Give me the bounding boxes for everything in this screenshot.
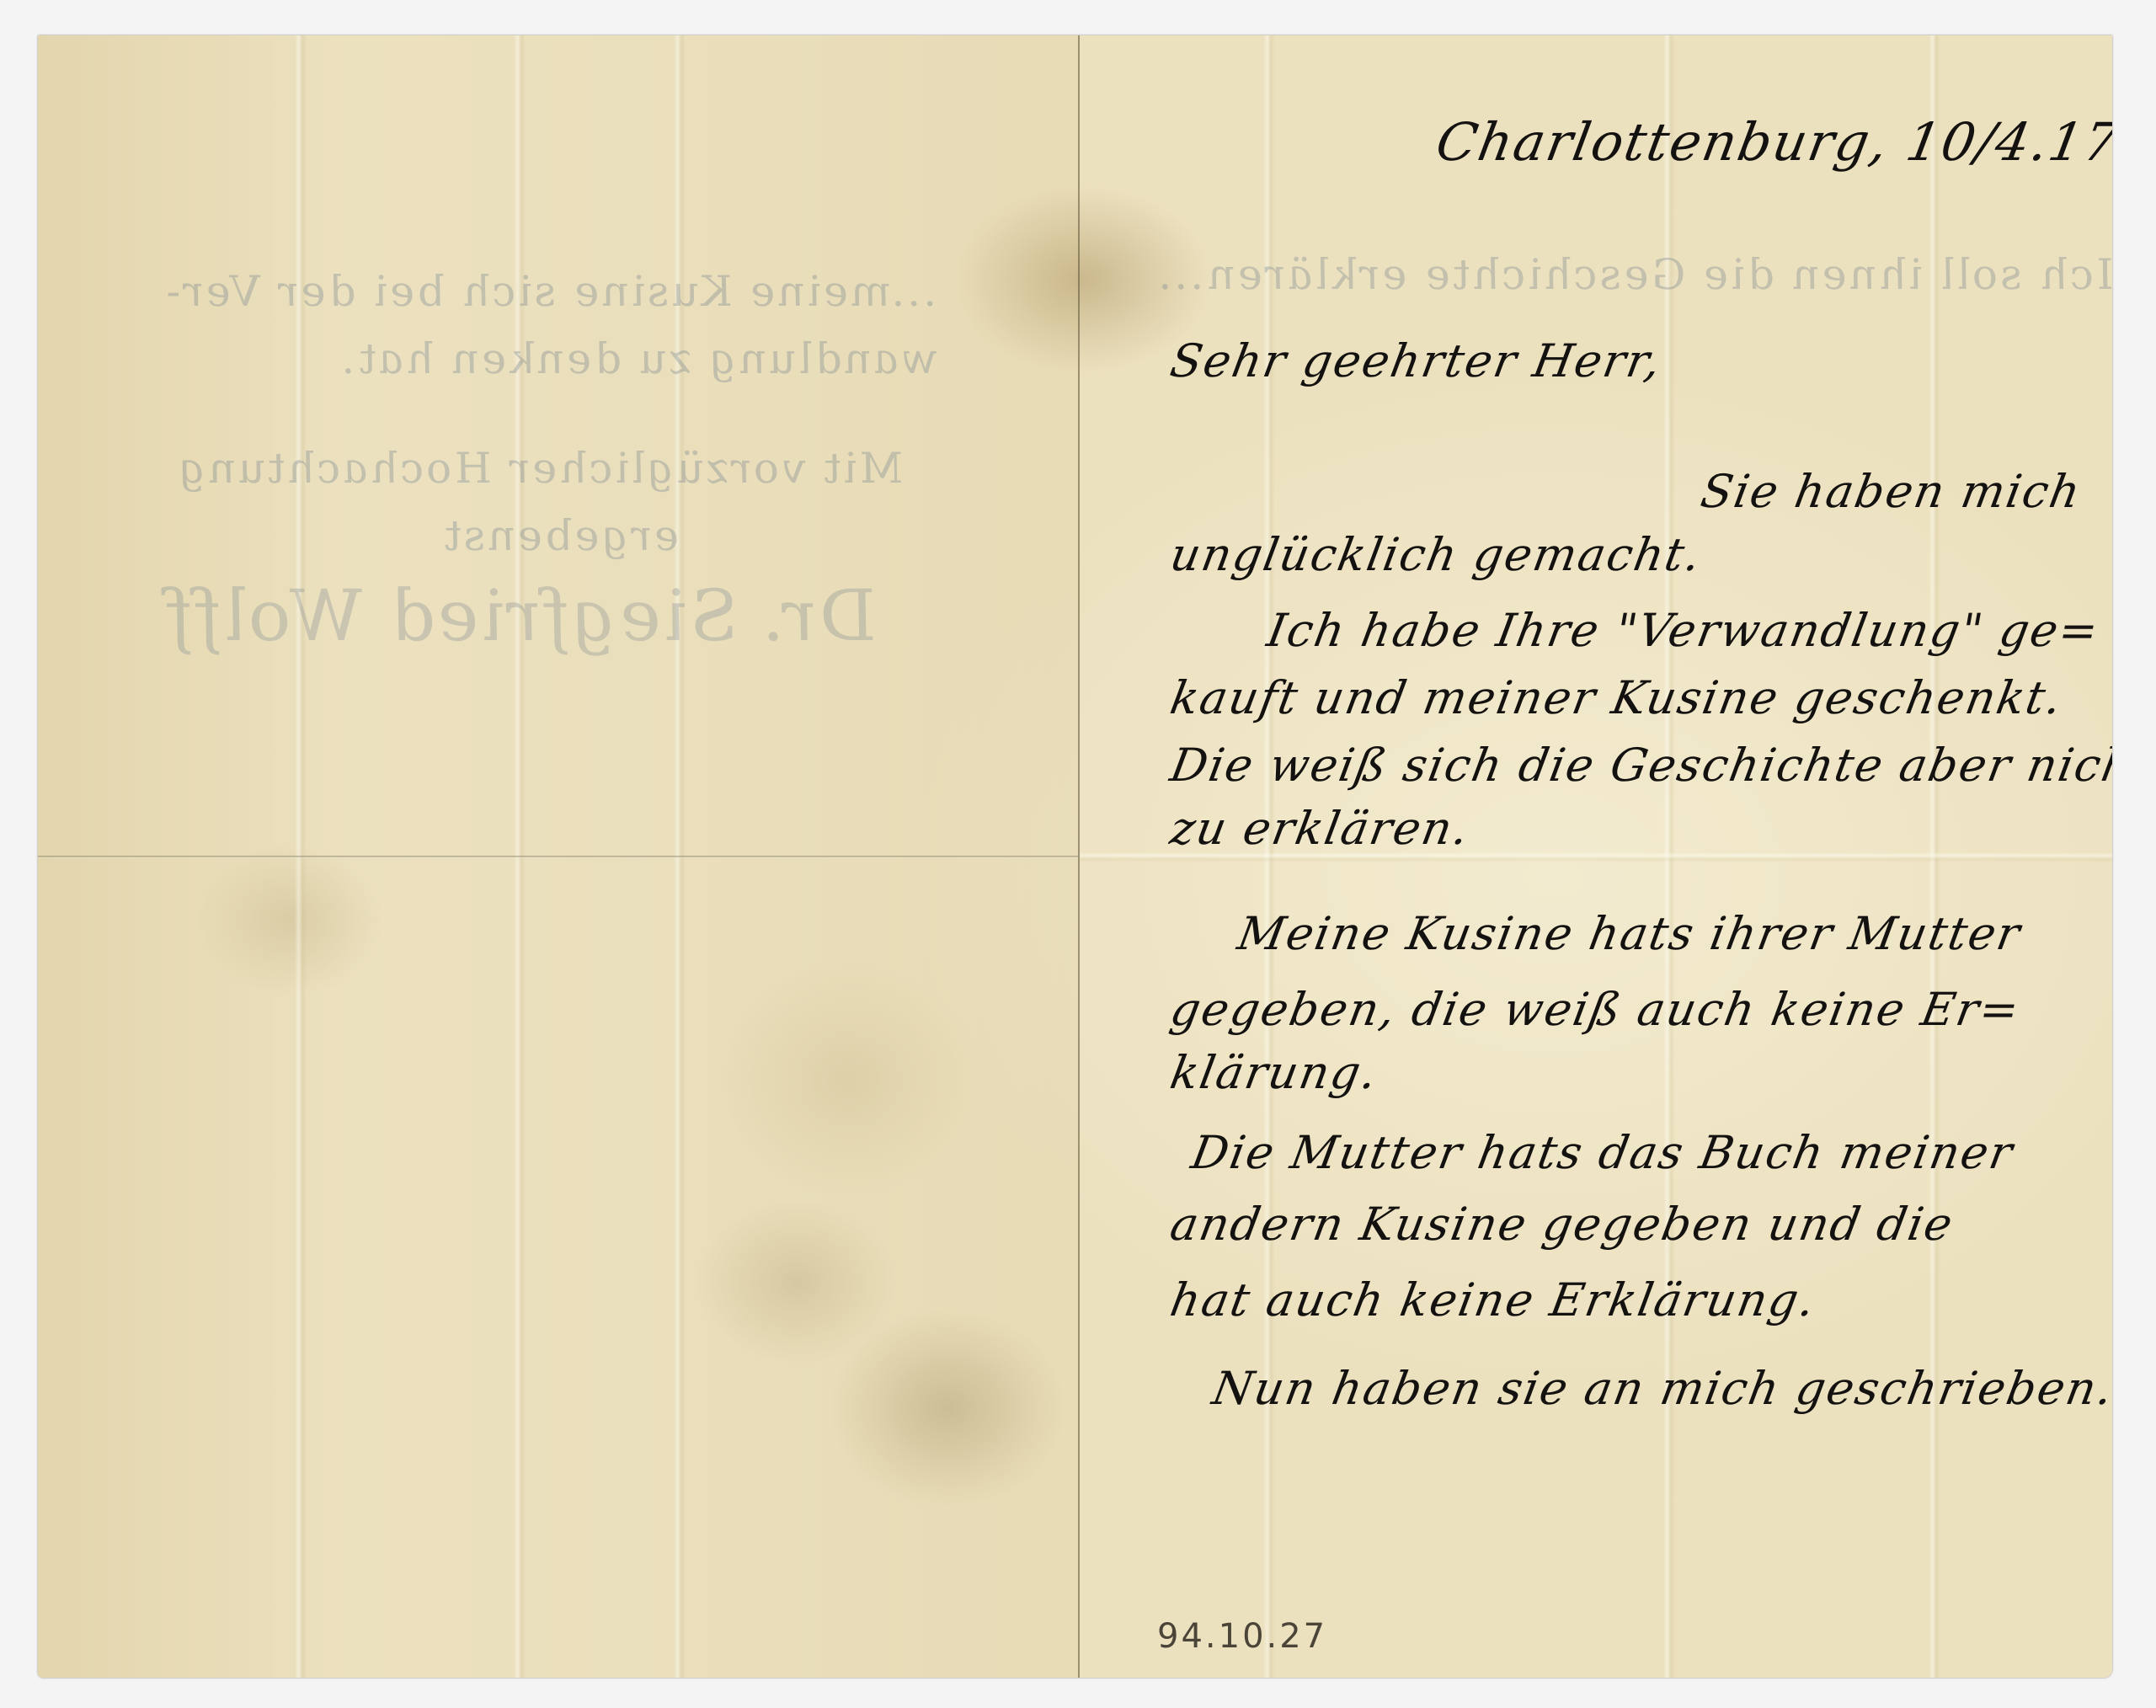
letter-line: kauft und meiner Kusine geschenkt. bbox=[1166, 671, 2067, 724]
letter-line: gegeben, die weiß auch keine Er= bbox=[1166, 983, 2025, 1036]
letter-line: zu erklären. bbox=[1166, 802, 1474, 855]
archive-annotation: 94.10.27 bbox=[1157, 1617, 1327, 1656]
bleed-line: ergebenst bbox=[438, 511, 684, 560]
salutation: Sehr geehrter Herr, bbox=[1166, 334, 1666, 387]
letter-line: Ich habe Ihre "Verwandlung" ge= bbox=[1263, 604, 2104, 657]
letter-line: Nun haben sie an mich geschrieben. bbox=[1209, 1362, 2112, 1415]
center-fold bbox=[1078, 35, 1080, 1678]
letter-line: hat auch keine Erklärung. bbox=[1166, 1273, 1820, 1326]
letter-line: Meine Kusine hats ihrer Mutter bbox=[1234, 907, 2025, 960]
letter-sheet: Ich soll ihnen die Geschichte erklären..… bbox=[38, 35, 2112, 1678]
letter-line: andern Kusine gegeben und die bbox=[1166, 1198, 1958, 1251]
bleed-line: Mit vorzüglicher Hochachtung bbox=[173, 444, 907, 493]
letter-line: Die weiß sich die Geschichte aber nicht bbox=[1166, 739, 2112, 792]
letter-line: Die Mutter hats das Buch meiner bbox=[1187, 1126, 2018, 1179]
letter-line: unglücklich gemacht. bbox=[1166, 528, 1706, 581]
bleed-line: Ich soll ihnen die Geschichte erklären..… bbox=[1154, 250, 2112, 299]
bleed-signature: Dr. Siegfried Wolff bbox=[157, 574, 883, 657]
bleed-line: wandlung zu denken hat. bbox=[337, 334, 942, 383]
horizontal-fold bbox=[38, 856, 1078, 858]
bleed-line: ...meine Kusine sich bei der Ver- bbox=[160, 267, 943, 316]
letter-line: klärung. bbox=[1166, 1046, 1382, 1099]
document-scan: Ich soll ihnen die Geschichte erklären..… bbox=[0, 0, 2156, 1708]
letter-line: Sie haben mich bbox=[1697, 465, 2085, 518]
place-date: Charlottenburg, 10/4.17 bbox=[1432, 111, 2112, 173]
